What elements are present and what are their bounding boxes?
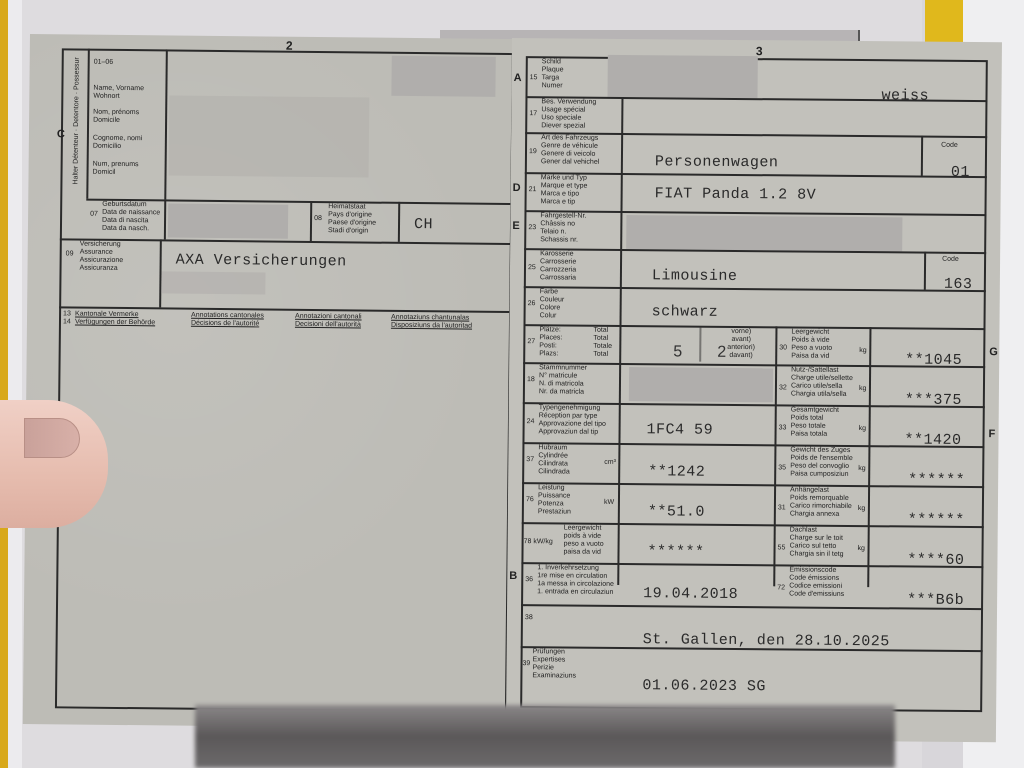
body-type-label: Karosserie Carrosserie Carrozzeria Carro… [540, 250, 576, 282]
origin-country-label: Heimatstaat Pays d'origine Paese d'origi… [328, 203, 376, 236]
body-type-value: Limousine [652, 267, 738, 285]
field-08-number: 08 [314, 215, 322, 222]
field-55-number: 55 [778, 544, 786, 551]
field-39-number: 39 [523, 660, 531, 667]
matriculation-label: Stammnummer N° matricule N. di matricola… [539, 364, 587, 396]
holder-field-range: 01–06 [94, 59, 114, 67]
color-value: schwarz [652, 303, 719, 321]
displacement-unit: cm³ [604, 459, 616, 466]
field-24-number: 24 [527, 418, 535, 425]
field-72-number: 72 [777, 584, 785, 591]
make-model-label: Marke und Typ Marque et type Marca e tip… [541, 174, 588, 206]
power-value: **51.0 [648, 503, 705, 520]
side-letter-a: A [514, 72, 522, 84]
power-weight-ratio-value: ****** [647, 543, 704, 560]
field-38-number: 38 [525, 614, 533, 621]
vehicle-type-value: Personenwagen [655, 153, 779, 171]
redacted-holder-address [169, 95, 370, 177]
name-label-fr: Nom, prénoms Domicile [93, 109, 139, 125]
train-weight-unit: kg [858, 465, 865, 472]
field-09-number: 09 [66, 250, 74, 257]
body-type-code-label: Code [942, 256, 959, 263]
payload-unit: kg [859, 385, 866, 392]
side-letter-d: D [513, 182, 521, 194]
field-32-number: 32 [779, 384, 787, 391]
power-weight-ratio-label: Leergewicht poids à vide peso a vuoto pa… [563, 524, 603, 556]
field-27-number: 27 [527, 338, 535, 345]
document-page-right: 3 A 15 Schild Plaque Targa Numer weiss 1… [506, 38, 1002, 742]
total-weight-unit: kg [859, 425, 866, 432]
redacted-birthdate [168, 203, 288, 238]
field-37-number: 37 [526, 456, 534, 463]
first-registration-label: 1. Inverkehrsetzung 1re mise en circulat… [537, 564, 614, 597]
vehicle-type-code-label: Code [941, 142, 958, 149]
empty-weight-label: Leergewicht Poids à vide Peso a vuoto Pa… [791, 328, 832, 360]
emission-code-value: ***B6b [907, 591, 964, 608]
redacted-bottom-region [195, 705, 895, 768]
field-17-number: 17 [529, 110, 537, 117]
seats-front-label: vorne) avant) anteriori) davant) [727, 328, 755, 360]
plate-label: Schild Plaque Targa Numer [542, 58, 564, 90]
field-23-number: 23 [528, 224, 536, 231]
plate-color-value: weiss [881, 87, 929, 104]
origin-country-value: CH [414, 216, 433, 233]
total-weight-label: Gesamtgewicht Poids total Peso totale Pa… [791, 406, 840, 438]
type-approval-value: 1FC4 59 [647, 421, 714, 439]
thumb [0, 400, 108, 530]
field-33-number: 33 [779, 424, 787, 431]
side-letter-e: E [512, 220, 519, 232]
divider [699, 328, 701, 362]
insurance-label: Versicherung Assurance Assicurazione Ass… [80, 241, 124, 273]
last-inspection-value: 01.06.2023 SG [642, 677, 766, 695]
insurance-value: AXA Versicherungen [176, 252, 347, 271]
cantonal-notes-rm: Annotaziuns chantunalas Disposiziuns da … [391, 314, 472, 331]
seats-front-value: 2 [717, 344, 726, 362]
power-label: Leistung Puissance Potenza Prestaziun [538, 484, 571, 516]
redacted-matriculation-number [629, 367, 773, 402]
power-unit: kW [604, 499, 614, 506]
name-label-it: Cognome, nomi Domicilio [93, 135, 143, 152]
roof-load-label: Dachlast Charge sur le toit Carico sul t… [789, 526, 843, 558]
redacted-holder-name [391, 56, 495, 97]
holder-side-label: Halter Détenteur · Detentore · Possessur [72, 57, 80, 184]
side-letter-f: F [989, 428, 996, 440]
make-model-value: FIAT Panda 1.2 8V [655, 185, 817, 203]
vehicle-type-label: Art des Fahrzeugs Genre de véhicule Gene… [541, 134, 600, 167]
payload-label: Nutz-/Sattellast Charge utile/sellette C… [791, 366, 853, 399]
color-label: Farbe Couleur Colore Colur [540, 288, 565, 320]
side-letter-b: B [509, 570, 517, 582]
towing-capacity-unit: kg [858, 505, 865, 512]
cantonal-notes-it: Annotazioni cantonali Decisioni dell'aut… [295, 313, 362, 330]
chassis-number-label: Fahrgestell-Nr. Châssis no Telaio n. Sch… [540, 212, 586, 244]
redacted-plate-number [607, 55, 757, 98]
displacement-label: Hubraum Cylindrée Cilindrata Cilindrada [538, 444, 570, 476]
type-approval-label: Typengenehmigung Réception par type Appr… [539, 404, 607, 437]
field-78-number: 78 kW/kg [524, 538, 553, 545]
name-label-de: Name, Vorname Wohnort [93, 85, 144, 102]
redacted-chassis-number [626, 215, 902, 251]
name-label-rm: Num, prenums Domicil [93, 161, 139, 177]
roof-load-unit: kg [858, 545, 865, 552]
seats-total-value: 5 [673, 343, 682, 361]
emission-code-label: Emissionscode Code émissions Codice emis… [789, 566, 844, 598]
field-35-number: 35 [778, 464, 786, 471]
field-21-number: 21 [529, 186, 537, 193]
redacted-insurance-detail [161, 271, 265, 294]
birthdate-label: Geburtsdatum Data de naissance Data di n… [102, 201, 160, 234]
cantonal-notes-de: Kantonale Vermerke Verfügungen der Behör… [75, 310, 155, 327]
side-letter-g: G [989, 346, 998, 358]
field-13-14-numbers: 13 14 [63, 310, 71, 326]
inspections-label: Prüfungen Expertises Perizie Examinaziun… [532, 648, 576, 680]
yellow-folder-edge-left [0, 0, 8, 768]
field-30-number: 30 [779, 344, 787, 351]
field-36-number: 36 [525, 576, 533, 583]
special-use-label: Bes. Verwendung Usage spécial Uso specia… [541, 98, 596, 130]
field-76-number: 76 [526, 496, 534, 503]
thumbnail-nail [24, 418, 80, 458]
document-page-left: 2 C Halter Détenteur · Detentore · Posse… [23, 34, 524, 729]
field-26-number: 26 [528, 300, 536, 307]
displacement-value: **1242 [648, 463, 705, 480]
field-19-number: 19 [529, 148, 537, 155]
first-registration-value: 19.04.2018 [643, 585, 738, 603]
field-25-number: 25 [528, 264, 536, 271]
train-weight-label: Gewicht des Zuges Poids de l'ensemble Pe… [790, 446, 853, 479]
vehicle-type-code: 01 [951, 164, 970, 181]
empty-weight-unit: kg [859, 347, 866, 354]
towing-capacity-label: Anhängelast Poids remorquable Carico rim… [790, 486, 852, 519]
side-letter-c: C [57, 128, 65, 140]
field-07-number: 07 [90, 211, 98, 218]
field-18-number: 18 [527, 376, 535, 383]
cantonal-notes-fr: Annotations cantonales Décisions de l'au… [191, 312, 264, 329]
field-31-number: 31 [778, 504, 786, 511]
seats-label: Plätze: Places: Posti: Plazs: [539, 326, 562, 358]
field-15-number: 15 [530, 74, 538, 81]
seats-total-label: Total Total Totale Total [593, 327, 612, 359]
